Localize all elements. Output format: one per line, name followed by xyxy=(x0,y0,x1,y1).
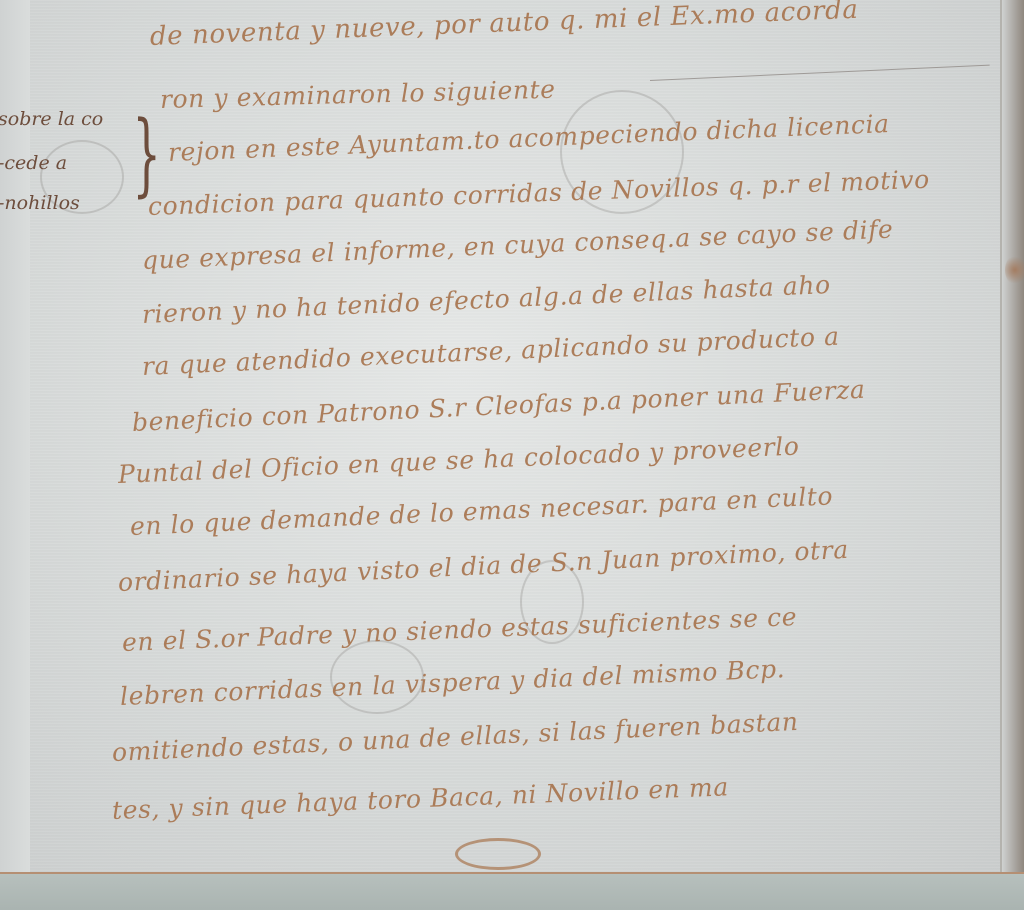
manuscript-line: Puntal del Oficio en que se ha colocado … xyxy=(117,431,800,489)
margin-note-line: sobre la co xyxy=(0,108,103,130)
ink-stain xyxy=(1005,255,1024,285)
manuscript-line: de noventa y nueve, por auto q. mi el Ex… xyxy=(149,0,859,52)
manuscript-line: ordinario se haya visto el dia de S.n Ju… xyxy=(117,535,849,597)
margin-note-line: -nohillos xyxy=(0,192,80,214)
manuscript-line: en el S.or Padre y no siendo estas sufic… xyxy=(121,602,797,657)
manuscript-line: beneficio con Patrono S.r Cleofas p.a po… xyxy=(131,375,866,437)
manuscript-line: rejon en este Ayuntam.to acompeciendo di… xyxy=(167,109,890,167)
underlying-sheet-edge xyxy=(0,0,30,910)
margin-brace: } xyxy=(132,110,161,200)
manuscript-line: ra que atendido executarse, aplicando su… xyxy=(141,322,840,381)
ruled-line xyxy=(650,65,990,81)
manuscript-line: en lo que demande de lo emas necesar. pa… xyxy=(129,481,833,541)
manuscript-line: condicion para quanto corridas de Novill… xyxy=(147,165,930,221)
manuscript-page: sobre la co -cede a -nohillos } de noven… xyxy=(0,0,1024,910)
manuscript-line: tes, y sin que haya toro Baca, ni Novill… xyxy=(111,772,729,825)
manuscript-line: ron y examinaron lo siguiente xyxy=(160,75,556,114)
manuscript-line: lebren corridas en la vispera y dia del … xyxy=(119,654,785,711)
manuscript-line: rieron y no ha tenido efecto alg.a de el… xyxy=(141,270,831,329)
ink-flourish xyxy=(455,838,541,870)
manuscript-line: omitiendo estas, o una de ellas, si las … xyxy=(111,707,799,767)
manuscript-line: que expresa el informe, en cuya conseq.a… xyxy=(141,215,894,275)
bottom-mount-surface xyxy=(0,872,1024,910)
paper-right-edge xyxy=(1002,0,1024,910)
margin-note-line: -cede a xyxy=(0,152,67,174)
